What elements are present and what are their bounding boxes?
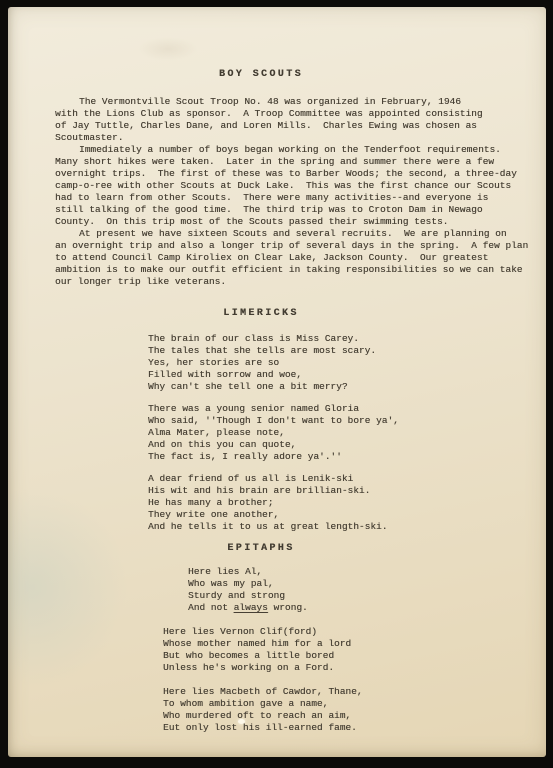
typed-line: Yes, her stories are so <box>55 357 467 369</box>
typed-line: There was a young senior named Gloria <box>55 403 467 415</box>
typed-line: had to learn from other Scouts. There we… <box>55 192 467 204</box>
typed-line: an overnight trip and also a longer trip… <box>55 240 467 252</box>
epitaph-stanza: Here lies Macbeth of Cawdor, Thane, To w… <box>55 686 467 734</box>
typed-line: He has many a brother; <box>55 497 467 509</box>
typed-line: Filled with sorrow and woe, <box>55 369 467 381</box>
typed-line: Why can't she tell one a bit merry? <box>55 381 467 393</box>
paragraph: The Vermontville Scout Troop No. 48 was … <box>55 96 467 144</box>
line-part: wrong. <box>268 602 308 613</box>
typed-line: camp-o-ree with other Scouts at Duck Lak… <box>55 180 467 192</box>
section-heading-boy-scouts: BOY SCOUTS <box>55 69 467 81</box>
typed-line: Here lies Vernon Clif(ford) <box>55 626 467 638</box>
typed-line: Whose mother named him for a lord <box>55 638 467 650</box>
typed-line: Unless he's working on a Ford. <box>55 662 467 674</box>
typed-line: Immediately a number of boys began worki… <box>55 144 467 156</box>
section-heading-limericks: LIMERICKS <box>55 308 467 320</box>
typed-line: Eut only lost his ill-earned fame. <box>55 722 467 734</box>
epitaph-stanza: Here lies Al, Who was my pal, Sturdy and… <box>55 566 467 614</box>
page: BOY SCOUTS The Vermontville Scout Troop … <box>8 7 546 757</box>
typed-line: Here lies Al, <box>55 566 467 578</box>
typed-line: Who said, ''Though I don't want to bore … <box>55 415 467 427</box>
typed-line: our longer trip like veterans. <box>55 276 467 288</box>
typed-line: They write one another, <box>55 509 467 521</box>
typed-line: The brain of our class is Miss Carey. <box>55 333 467 345</box>
typed-line: Who murdered oft to reach an aim, <box>55 710 467 722</box>
limerick-stanza: A dear friend of us all is Lenik-ski His… <box>55 473 467 533</box>
typed-line: At present we have sixteen Scouts and se… <box>55 228 467 240</box>
typed-line: And on this you can quote, <box>55 439 467 451</box>
typed-line: Here lies Macbeth of Cawdor, Thane, <box>55 686 467 698</box>
typed-line: of Jay Tuttle, Charles Dane, and Loren M… <box>55 120 467 132</box>
line-part: And not <box>188 602 234 613</box>
typed-line: His wit and his brain are brillian-ski. <box>55 485 467 497</box>
typed-line: A dear friend of us all is Lenik-ski <box>55 473 467 485</box>
typed-line: to attend Council Camp Kiroliex on Clear… <box>55 252 467 264</box>
typed-line: Many short hikes were taken. Later in th… <box>55 156 467 168</box>
typed-line: But who becomes a little bored <box>55 650 467 662</box>
typed-line: Scoutmaster. <box>55 132 467 144</box>
typed-line: County. On this trip most of the Scouts … <box>55 216 467 228</box>
typed-line: with the Lions Club as sponsor. A Troop … <box>55 108 467 120</box>
typed-line: The Vermontville Scout Troop No. 48 was … <box>55 96 467 108</box>
typed-line: To whom ambition gave a name, <box>55 698 467 710</box>
typed-line: Alma Mater, please note, <box>55 427 467 439</box>
section-heading-epitaphs: EPITAPHS <box>55 543 467 555</box>
underlined-word: always <box>234 602 268 613</box>
typed-line: And not always wrong. <box>55 602 467 614</box>
typed-line: Who was my pal, <box>55 578 467 590</box>
typed-line: And he tells it to us at great length-sk… <box>55 521 467 533</box>
typed-line: Sturdy and strong <box>55 590 467 602</box>
typed-line: ambition is to make our outfit efficient… <box>55 264 467 276</box>
paragraph: At present we have sixteen Scouts and se… <box>55 228 467 288</box>
typed-line: The fact is, I really adore ya'.'' <box>55 451 467 463</box>
scan-background: BOY SCOUTS The Vermontville Scout Troop … <box>0 0 553 768</box>
limerick-stanza: The brain of our class is Miss Carey. Th… <box>55 333 467 393</box>
scan-stain <box>138 37 198 61</box>
typed-line: overnight trips. The first of these was … <box>55 168 467 180</box>
typed-line: The tales that she tells are most scary. <box>55 345 467 357</box>
epitaph-stanza: Here lies Vernon Clif(ford) Whose mother… <box>55 626 467 674</box>
page-content: BOY SCOUTS The Vermontville Scout Troop … <box>55 69 467 746</box>
limerick-stanza: There was a young senior named Gloria Wh… <box>55 403 467 463</box>
typed-line: still talking of the good time. The thir… <box>55 204 467 216</box>
paragraph: Immediately a number of boys began worki… <box>55 144 467 228</box>
